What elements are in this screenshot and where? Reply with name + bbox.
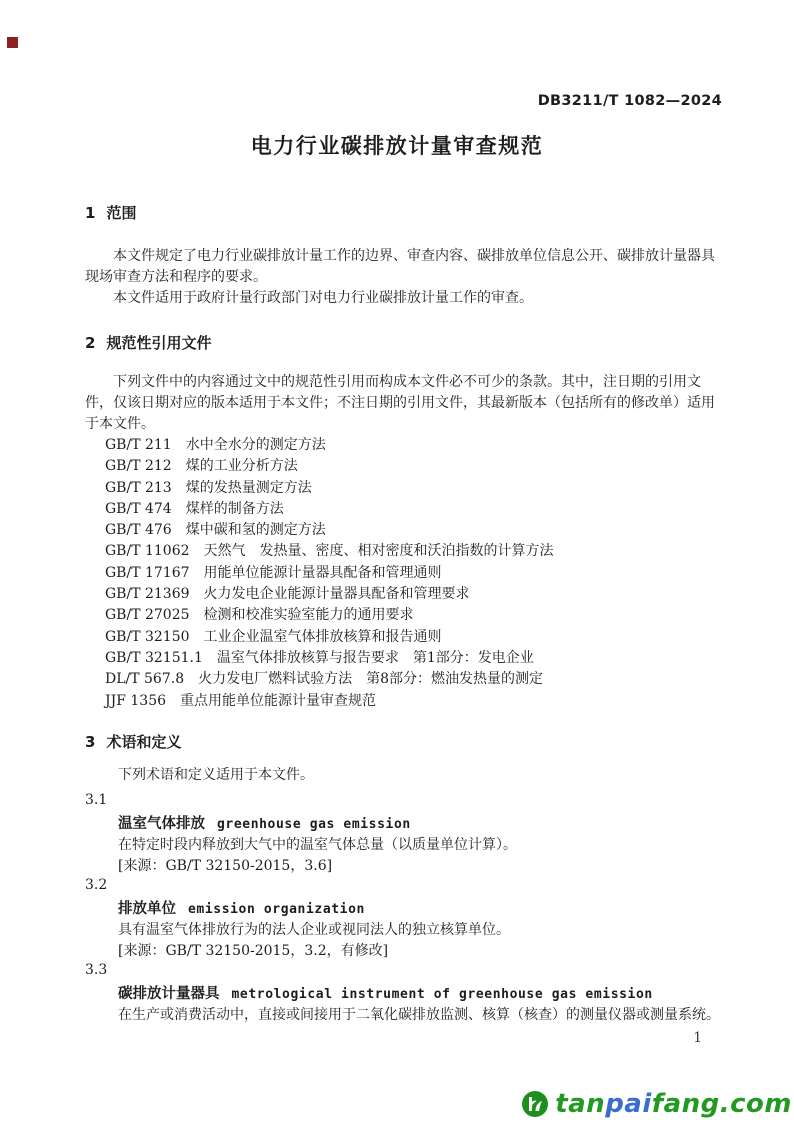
term-title-line: 碳排放计量器具metrological instrument of greenh… [85, 984, 722, 1005]
paragraph-text: 下列术语和定义适用于本文件。 [85, 765, 722, 786]
reference-item: GB/T 27025检测和校准实验室能力的通用要求 [105, 605, 742, 626]
reference-item: GB/T 32150工业企业温室气体排放核算和报告通则 [105, 627, 742, 648]
term-definition: 在特定时段内释放到大气中的温室气体总量（以质量单位计算）。 [85, 835, 722, 856]
section-1-title: 范围 [106, 204, 136, 222]
reference-code: GB/T 211 [105, 437, 172, 453]
reference-item: GB/T 476煤中碳和氢的测定方法 [105, 520, 742, 541]
tanpaifang-logo-icon [521, 1090, 549, 1118]
term-zh: 碳排放计量器具 [118, 986, 220, 1002]
reference-code: GB/T 32151.1 [105, 650, 203, 666]
reference-title: 工业企业温室气体排放核算和报告通则 [204, 629, 442, 645]
section-2-title: 规范性引用文件 [106, 334, 211, 352]
reference-code: GB/T 11062 [105, 543, 190, 559]
section-3-heading: 3术语和定义 [85, 731, 181, 752]
reference-item: JJF 1356重点用能单位能源计量审查规范 [105, 691, 742, 712]
section-1-paragraph-1: 本文件规定了电力行业碳排放计量工作的边界、审查内容、碳排放单位信息公开、碳排放计… [85, 246, 722, 288]
term-en: greenhouse gas emission [217, 817, 411, 832]
normative-references-list: GB/T 211水中全水分的测定方法 GB/T 212煤的工业分析方法 GB/T… [85, 435, 742, 712]
section-1-number: 1 [85, 204, 95, 222]
term-title-line: 温室气体排放greenhouse gas emission [85, 814, 722, 835]
reference-code: GB/T 212 [105, 458, 172, 474]
term-block-3-1: 3.1 温室气体排放greenhouse gas emission 在特定时段内… [85, 790, 722, 877]
term-zh: 排放单位 [118, 901, 176, 917]
reference-code: DL/T 567.8 [105, 671, 184, 687]
term-block-3-3: 3.3 碳排放计量器具metrological instrument of gr… [85, 960, 722, 1026]
term-number: 3.3 [85, 960, 722, 981]
reference-item: GB/T 11062天然气 发热量、密度、相对密度和沃泊指数的计算方法 [105, 541, 742, 562]
reference-item: GB/T 32151.1温室气体排放核算与报告要求 第1部分：发电企业 [105, 648, 742, 669]
doc-code: DB3211/T 1082—2024 [538, 93, 722, 109]
reference-item: GB/T 474煤样的制备方法 [105, 499, 742, 520]
logo-text-green-1: tan [555, 1089, 605, 1119]
reference-code: GB/T 32150 [105, 629, 190, 645]
term-definition: 具有温室气体排放行为的法人企业或视同法人的独立核算单位。 [85, 920, 722, 941]
term-title-line: 排放单位emission organization [85, 899, 722, 920]
reference-item: DL/T 567.8火力发电厂燃料试验方法 第8部分：燃油发热量的测定 [105, 669, 742, 690]
section-3-title: 术语和定义 [106, 733, 181, 751]
term-number: 3.2 [85, 875, 722, 896]
paragraph-text: 本文件适用于政府计量行政部门对电力行业碳排放计量工作的审查。 [85, 288, 722, 309]
tanpaifang-logo-text: tanpaifang.com [555, 1090, 792, 1118]
term-en: emission organization [188, 902, 365, 917]
reference-code: JJF 1356 [105, 693, 166, 709]
tanpaifang-watermark-logo[interactable]: tanpaifang.com [521, 1090, 792, 1118]
reference-item: GB/T 211水中全水分的测定方法 [105, 435, 742, 456]
reference-item: GB/T 213煤的发热量测定方法 [105, 478, 742, 499]
reference-title: 煤中碳和氢的测定方法 [186, 522, 326, 538]
reference-item: GB/T 21369火力发电企业能源计量器具配备和管理要求 [105, 584, 742, 605]
section-2-intro: 下列文件中的内容通过文中的规范性引用而构成本文件必不可少的条款。其中，注日期的引… [85, 372, 722, 435]
section-1-paragraph-2: 本文件适用于政府计量行政部门对电力行业碳排放计量工作的审查。 [85, 288, 722, 309]
paragraph-text: 本文件规定了电力行业碳排放计量工作的边界、审查内容、碳排放单位信息公开、碳排放计… [85, 246, 722, 288]
page-number: 1 [693, 1030, 702, 1046]
reference-code: GB/T 476 [105, 522, 172, 538]
section-1-heading: 1范围 [85, 202, 136, 223]
term-zh: 温室气体排放 [118, 816, 205, 832]
page-title: 电力行业碳排放计量审查规范 [0, 130, 794, 160]
paragraph-text: 下列文件中的内容通过文中的规范性引用而构成本文件必不可少的条款。其中，注日期的引… [85, 372, 722, 435]
section-3-intro: 下列术语和定义适用于本文件。 [85, 765, 722, 786]
term-en: metrological instrument of greenhouse ga… [232, 987, 653, 1002]
term-block-3-2: 3.2 排放单位emission organization 具有温室气体排放行为… [85, 875, 722, 962]
reference-title: 水中全水分的测定方法 [186, 437, 326, 453]
section-2-number: 2 [85, 334, 95, 352]
reference-item: GB/T 212煤的工业分析方法 [105, 456, 742, 477]
section-3-number: 3 [85, 733, 95, 751]
red-corner-mark [7, 37, 18, 48]
reference-title: 天然气 发热量、密度、相对密度和沃泊指数的计算方法 [204, 543, 554, 559]
reference-code: GB/T 21369 [105, 586, 190, 602]
reference-code: GB/T 27025 [105, 607, 190, 623]
term-definition: 在生产或消费活动中，直接或间接用于二氧化碳排放监测、核算（核查）的测量仪器或测量… [85, 1005, 722, 1026]
reference-title: 火力发电厂燃料试验方法 第8部分：燃油发热量的测定 [198, 671, 543, 687]
reference-title: 用能单位能源计量器具配备和管理通则 [204, 565, 442, 581]
term-number: 3.1 [85, 790, 722, 811]
section-2-heading: 2规范性引用文件 [85, 332, 211, 353]
document-page: DB3211/T 1082—2024 电力行业碳排放计量审查规范 1范围 本文件… [0, 0, 794, 1123]
reference-title: 煤样的制备方法 [186, 501, 284, 517]
reference-title: 重点用能单位能源计量审查规范 [180, 693, 376, 709]
term-source: [来源：GB/T 32150-2015，3.6] [85, 856, 722, 877]
reference-code: GB/T 474 [105, 501, 172, 517]
logo-text-blue: pai [605, 1089, 652, 1119]
reference-title: 火力发电企业能源计量器具配备和管理要求 [204, 586, 470, 602]
reference-title: 温室气体排放核算与报告要求 第1部分：发电企业 [217, 650, 534, 666]
logo-text-green-2: fang.com [652, 1089, 792, 1119]
term-source: [来源：GB/T 32150-2015，3.2，有修改] [85, 941, 722, 962]
reference-code: GB/T 17167 [105, 565, 190, 581]
reference-item: GB/T 17167用能单位能源计量器具配备和管理通则 [105, 563, 742, 584]
reference-title: 煤的工业分析方法 [186, 458, 298, 474]
reference-title: 煤的发热量测定方法 [186, 480, 312, 496]
reference-code: GB/T 213 [105, 480, 172, 496]
reference-title: 检测和校准实验室能力的通用要求 [204, 607, 414, 623]
